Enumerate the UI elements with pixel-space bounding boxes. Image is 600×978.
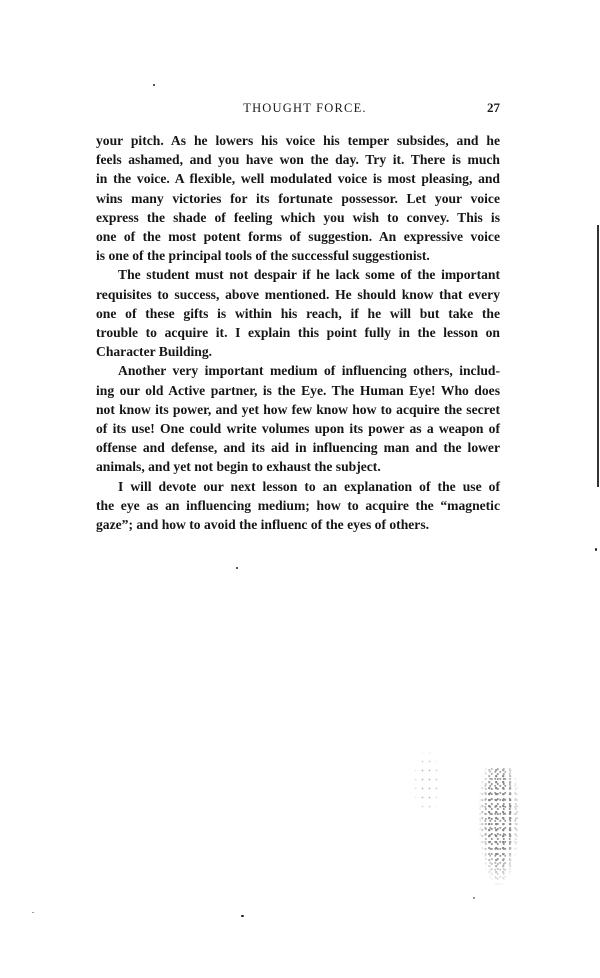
text-line: The student must not despair if he lack … (96, 265, 500, 284)
text-line: requisites to success, above mentioned. … (96, 285, 500, 304)
text-line: is one of the principal tools of the suc… (96, 246, 500, 265)
scan-edge-line (597, 225, 599, 487)
text-line: one of the most potent forms of suggesti… (96, 227, 500, 246)
text-line: Another very important medium of influen… (96, 361, 500, 380)
text-line: one of these gifts is within his reach, … (96, 304, 500, 323)
running-head: THOUGHT FORCE. 27 (96, 101, 500, 119)
scan-speck (241, 915, 244, 917)
paragraph-student: The student must not despair if he lack … (96, 265, 500, 361)
paragraph-voice: your pitch. As he lowers his voice his t… (96, 131, 500, 265)
text-line: ing our old Active partner, is the Eye. … (96, 381, 500, 400)
text-line: feels ashamed, and you have won the day.… (96, 150, 500, 169)
running-title: THOUGHT FORCE. (96, 101, 500, 116)
text-line: trouble to acquire it. I explain this po… (96, 323, 500, 342)
paragraph-next-lesson: I will devote our next lesson to an expl… (96, 477, 500, 535)
scan-speck (236, 567, 238, 569)
body-text: your pitch. As he lowers his voice his t… (96, 131, 500, 534)
scan-smudge (412, 748, 442, 818)
book-page: THOUGHT FORCE. 27 your pitch. As he lowe… (0, 0, 600, 978)
text-line: of its use! One could write volumes upon… (96, 419, 500, 438)
text-line: Character Building. (96, 342, 500, 361)
text-line: the eye as an influencing medium; how to… (96, 496, 500, 515)
paragraph-eye: Another very important medium of influen… (96, 361, 500, 476)
scan-speck (32, 912, 34, 913)
text-line: offense and defense, and its aid in infl… (96, 438, 500, 457)
text-line: gaze”; and how to avoid the influenc of … (96, 515, 500, 534)
scan-speck (153, 84, 155, 86)
text-line: I will devote our next lesson to an expl… (96, 477, 500, 496)
scan-speck (595, 548, 597, 551)
text-line: not know its power, and yet how few know… (96, 400, 500, 419)
text-line: animals, and yet not begin to exhaust th… (96, 457, 500, 476)
scan-smudge (478, 768, 520, 888)
text-line: your pitch. As he lowers his voice his t… (96, 131, 500, 150)
text-line: express the shade of feeling which you w… (96, 208, 500, 227)
page-number: 27 (487, 100, 500, 116)
scan-speck (473, 897, 475, 899)
text-line: in the voice. A flexible, well modulated… (96, 169, 500, 188)
text-line: wins many victories for its fortunate po… (96, 189, 500, 208)
